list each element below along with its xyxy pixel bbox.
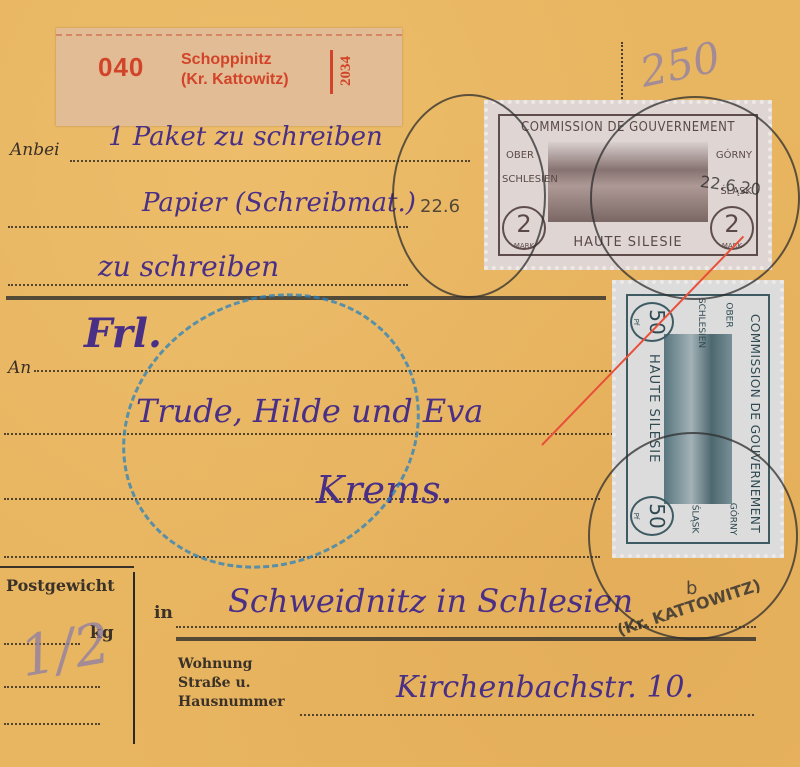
routing-label: 040 Schoppinitz (Kr. Kattowitz) 2034 bbox=[56, 28, 402, 126]
street-line bbox=[300, 714, 754, 716]
label-code: 040 bbox=[98, 52, 144, 83]
label-office-district: (Kr. Kattowitz) bbox=[181, 70, 289, 90]
stamp-left-ribbon-1: OBER bbox=[724, 302, 734, 327]
label-perforation bbox=[56, 34, 402, 36]
an-label: An bbox=[8, 358, 31, 378]
label-office: Schoppinitz (Kr. Kattowitz) bbox=[181, 50, 289, 90]
anbei-label: Anbei bbox=[10, 140, 60, 160]
stamp-value: 50 bbox=[645, 309, 669, 334]
hand-anbei-1: 1 Paket zu schreiben bbox=[108, 122, 383, 152]
hand-anbei-3: zu schreiben bbox=[98, 250, 279, 283]
pencil-weight: 1/2 bbox=[15, 611, 115, 691]
postgewicht-divider bbox=[133, 572, 135, 744]
hand-destination: Schweidnitz in Schlesien bbox=[228, 582, 633, 620]
hand-anbei-2: Papier (Schreibmat.) bbox=[142, 188, 416, 218]
postgewicht-label: Postgewicht bbox=[6, 576, 115, 595]
wohnung-line-3: Hausnummer bbox=[178, 693, 285, 712]
postmark-left bbox=[392, 94, 546, 298]
postgewicht-top-rule bbox=[0, 566, 134, 568]
weight-line-3 bbox=[4, 723, 100, 725]
hand-street: Kirchenbachstr. 10. bbox=[396, 670, 694, 705]
hand-salutation: Frl. bbox=[84, 310, 162, 357]
pencil-note-top: 250 bbox=[636, 32, 725, 97]
vertical-dotted-line bbox=[621, 42, 623, 102]
postmark-left-date: 22.6 bbox=[420, 196, 460, 217]
label-number: 2034 bbox=[338, 56, 355, 86]
anbei-line-3 bbox=[8, 284, 408, 286]
wohnung-label: Wohnung Straße u. Hausnummer bbox=[178, 655, 285, 712]
parcel-card: 040 Schoppinitz (Kr. Kattowitz) 2034 250… bbox=[0, 0, 800, 767]
postmark-right bbox=[590, 96, 800, 300]
stamp-left-ribbon-2: SCHLESIEN bbox=[696, 298, 706, 348]
stamp-unit: Pf bbox=[632, 304, 640, 340]
weight-line-2 bbox=[4, 686, 100, 688]
wohnung-line-2: Straße u. bbox=[178, 674, 285, 693]
label-divider bbox=[330, 50, 333, 94]
in-label: in bbox=[154, 604, 173, 623]
wohnung-line-1: Wohnung bbox=[178, 655, 285, 674]
label-office-name: Schoppinitz bbox=[181, 50, 289, 70]
section-rule-2 bbox=[176, 637, 756, 641]
stamp-value-top: 50Pf bbox=[630, 302, 674, 342]
anbei-line-2 bbox=[8, 226, 408, 228]
